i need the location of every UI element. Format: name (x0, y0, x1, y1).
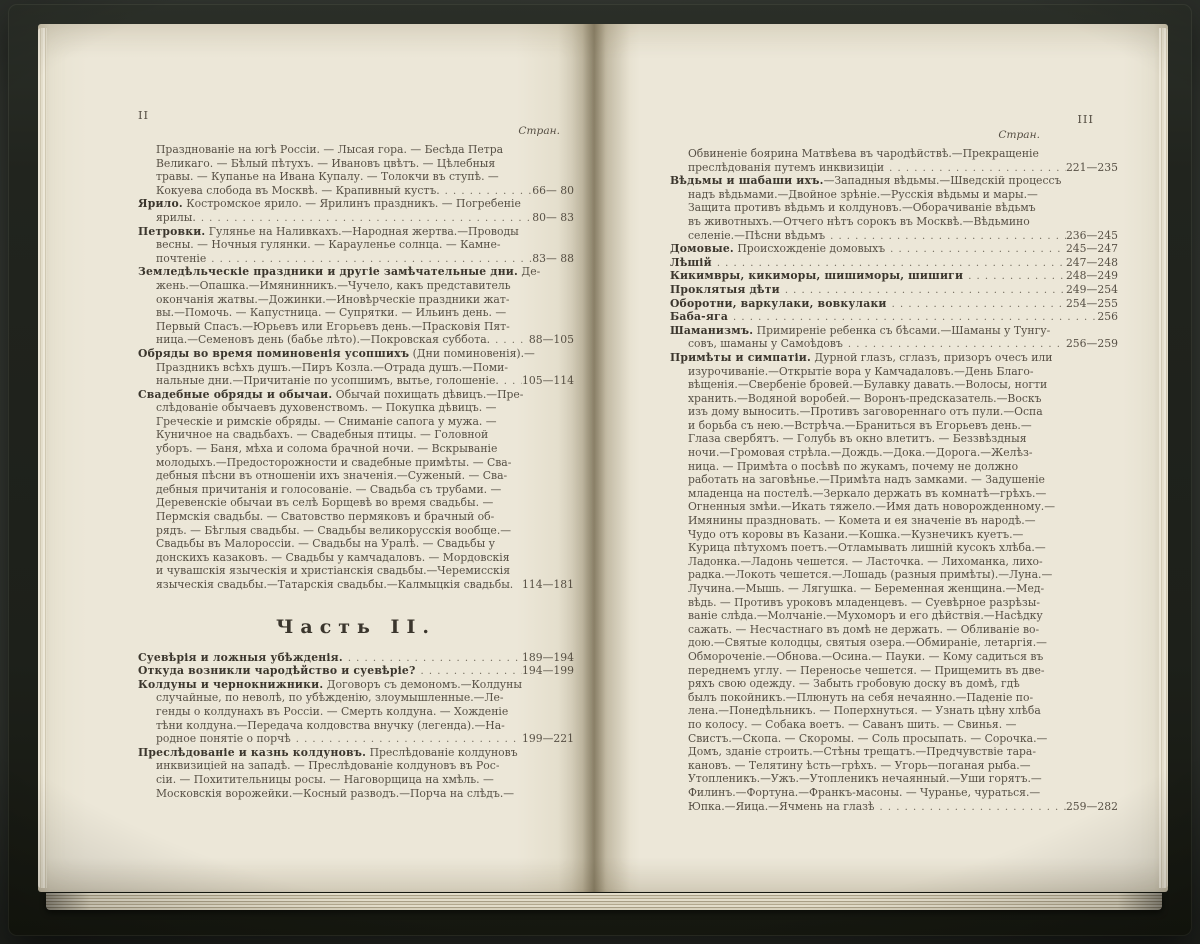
toc-line: Имянины праздновать. — Комета и ея значе… (670, 514, 1118, 528)
entry-headword: Суевѣрія и ложныя убѣжденія. (138, 651, 343, 664)
toc-line: Шаманизмъ. Примиреніе ребенка съ бѣсами.… (670, 324, 1118, 338)
entry-text: Первый Спасъ.—Юрьевъ или Егорьевъ день.—… (156, 320, 510, 334)
page-range: 245—247 (1066, 242, 1118, 256)
entry-text: Обряды во время поминовенія усопшихъ (Дн… (138, 347, 535, 361)
entry-text: переднемъ углу. — Переносье чешется. — П… (688, 664, 1045, 678)
entry-text: тѣни колдуна.—Передача колдовства внучку… (156, 719, 505, 733)
toc-line: Ладонка.—Ладонь чешется. — Ласточка. — Л… (670, 555, 1118, 569)
entry-text: Шаманизмъ. Примиреніе ребенка съ бѣсами.… (670, 324, 1050, 338)
entry-headword: Преслѣдованіе и казнь колдуновъ. (138, 746, 366, 759)
page-range: 88—105 (529, 333, 574, 347)
entry-text: вѣдь. — Противъ уроковъ младенцевъ. — Су… (688, 596, 1040, 610)
entry-text: Великаго. — Бѣлый пѣтухъ. — Ивановъ цвѣт… (156, 157, 495, 171)
toc-line: изурочиваніе.—Открытіе вора у Камчадалов… (670, 365, 1118, 379)
toc-line: дебныя причитанія и голосованіе. — Свадь… (138, 483, 574, 497)
entry-text: Праздникъ всѣхъ душъ.—Пиръ Козла.—Отрада… (156, 361, 508, 375)
entry-text: слѣдованіе обычаевъ духовенствомъ. — Пок… (156, 401, 496, 415)
entry-text: по колосу. — Собака воетъ. — Саванъ шить… (688, 718, 1016, 732)
entry-text: сіи. — Похитительницы росы. — Наговорщиц… (156, 773, 494, 787)
entry-text: жень.—Опашка.—Имянинникъ.—Чучело, какъ п… (156, 279, 511, 293)
page-range: 105—114 (522, 374, 574, 388)
toc-line: почтеніе83— 88 (138, 252, 574, 266)
entry-text: Ярило. Костромское ярило. — Ярилинъ праз… (138, 197, 521, 211)
toc-line: случайные, по неволѣ, по убѣжденію, злоу… (138, 691, 574, 705)
entry-text: изъ дому выносить.—Противъ заговореннаго… (688, 405, 1043, 419)
toc-line: ряхъ свою одежду. — Забыть гробовую доск… (670, 677, 1118, 691)
dot-leader (712, 257, 1066, 270)
toc-line: вѣщенія.—Свербеніе бровей.—Булавку дават… (670, 378, 1118, 392)
toc-line: Глаза свербятъ. — Голубь въ окно влетитъ… (670, 432, 1118, 446)
toc-line: генды о колдунахъ въ Россіи. — Смерть ко… (138, 705, 574, 719)
toc-line: Ярило. Костромское ярило. — Ярилинъ праз… (138, 197, 574, 211)
toc-line: Проклятыя дѣти249—254 (670, 283, 1118, 297)
toc-line: травы. — Купанье на Ивана Купалу. — Толо… (138, 170, 574, 184)
toc-line: Баба-яга256 (670, 310, 1118, 324)
toc-line: ница. — Примѣта о посѣвѣ по жукамъ, поче… (670, 460, 1118, 474)
toc-line: надъ вѣдьмами.—Двойное зрѣніе.—Русскія в… (670, 188, 1118, 202)
entry-text: Колдуны и чернокнижники. Договоръ съ дем… (138, 678, 522, 692)
toc-line: Колдуны и чернокнижники. Договоръ съ дем… (138, 678, 574, 692)
toc-line: Обвиненіе боярина Матвѣева въ чародѣйств… (670, 147, 1118, 161)
toc-line: рядъ. — Бѣглыя свадьбы. — Свадьбы велико… (138, 524, 574, 538)
entry-text: генды о колдунахъ въ Россіи. — Смерть ко… (156, 705, 508, 719)
left-page-lines: Празднованіе на югѣ Россіи. — Лысая гора… (138, 143, 574, 800)
entry-headword: Кикимвры, кикиморы, шишиморы, шишиги (670, 269, 963, 282)
entry-text: Лучина.—Мышь. — Лягушка. — Беременная же… (688, 582, 1044, 596)
toc-line: молодыхъ.—Предосторожности и свадебные п… (138, 456, 574, 470)
page-range: 114—181 (522, 578, 574, 592)
entry-headword: Свадебные обряды и обычаи. (138, 388, 332, 401)
entry-text: языческія свадьбы.—Татарскія свадьбы.—Ка… (156, 578, 513, 592)
toc-line: младенца на постелѣ.—Зеркало держать въ … (670, 487, 1118, 501)
entry-text: Свадьбы въ Малороссіи. — Свадьбы на Урал… (156, 537, 495, 551)
right-page-lines: Обвиненіе боярина Матвѣева въ чародѣйств… (670, 147, 1118, 813)
toc-line: Свистъ.—Скопа. — Скоромы. — Соль просыпа… (670, 732, 1118, 746)
page-range: 66— 80 (532, 184, 574, 198)
toc-line: уборъ. — Баня, мѣха и солома брачной ноч… (138, 442, 574, 456)
page-range: 83— 88 (532, 252, 574, 266)
toc-line: Утопленикъ.—Ужъ.—Утопленикъ нечаянный.—У… (670, 772, 1118, 786)
toc-line: и борьба съ нею.—Встрѣча.—Браниться въ Е… (670, 419, 1118, 433)
toc-line: Деревенскіе обычаи въ селѣ Борщевѣ во вр… (138, 496, 574, 510)
toc-line: Суевѣрія и ложныя убѣжденія.189—194 (138, 651, 574, 665)
left-page-number: II (138, 108, 149, 122)
entry-text: Пермскія свадьбы. — Сватовство пермяковъ… (156, 510, 494, 524)
entry-text: Домъ, зданіе строить.—Стѣны трещатъ.—Пре… (688, 745, 1036, 759)
dot-leader (884, 162, 1066, 175)
toc-line: Великаго. — Бѣлый пѣтухъ. — Ивановъ цвѣт… (138, 157, 574, 171)
toc-line: и чувашскія языческія и христіанскія сва… (138, 564, 574, 578)
entry-text: родное понятіе о порчѣ (156, 732, 291, 746)
entry-headword: Проклятыя дѣти (670, 283, 780, 296)
page-range: 189—194 (522, 651, 574, 665)
toc-line: переднемъ углу. — Переносье чешется. — П… (670, 664, 1118, 678)
entry-text: почтеніе (156, 252, 206, 266)
dot-leader (875, 801, 1066, 814)
entry-text: ница.—Семеновъ день (бабье лѣто).—Покров… (156, 333, 490, 347)
toc-line: по колосу. — Собака воетъ. — Саванъ шить… (670, 718, 1118, 732)
entry-text: Вѣдьмы и шабаши ихъ.—Западныя вѣдьмы.—Шв… (670, 174, 1061, 188)
toc-line: сіи. — Похитительницы росы. — Наговорщиц… (138, 773, 574, 787)
entry-text: лена.—Понедѣльникъ. — Поперхнуться. — Уз… (688, 704, 1041, 718)
toc-line: донскихъ казаковъ. — Свадьбы у камчадало… (138, 551, 574, 565)
entry-text: Юпка.—Яица.—Ячмень на глазѣ (688, 800, 875, 814)
entry-text: уборъ. — Баня, мѣха и солома брачной ноч… (156, 442, 497, 456)
entry-text: вы.—Помочь. — Капустница. — Супрятки. — … (156, 306, 506, 320)
entry-text: Петровки. Гулянье на Наливкахъ.—Народная… (138, 225, 519, 239)
toc-line: жень.—Опашка.—Имянинникъ.—Чучело, какъ п… (138, 279, 574, 293)
dot-leader (490, 334, 529, 347)
page-range: 199—221 (522, 732, 574, 746)
entry-headword: Шаманизмъ. (670, 324, 753, 337)
entry-text: нальные дни.—Причитаніе по усопшимъ, выт… (156, 374, 499, 388)
entry-text: Курица пѣтухомъ поетъ.—Отламывать лишній… (688, 541, 1046, 555)
dot-leader (206, 253, 532, 266)
toc-line: Празднованіе на югѣ Россіи. — Лысая гора… (138, 143, 574, 157)
page-range: 248—249 (1066, 269, 1118, 283)
entry-text: Откуда возникли чародѣйство и суевѣріе? (138, 664, 415, 678)
entry-text: Земледѣльческіе праздники и другіе замѣч… (138, 265, 540, 279)
toc-line: Кокуева слобода въ Москвѣ. — Крапивный к… (138, 184, 574, 198)
toc-line: весны. — Ночныя гулянки. — Карауленье со… (138, 238, 574, 252)
entry-headword: Ярило. (138, 197, 183, 210)
entry-text: донскихъ казаковъ. — Свадьбы у камчадало… (156, 551, 510, 565)
entry-headword: Лѣшій (670, 256, 712, 269)
entry-text: хранить.—Водяной воробей.— Воронъ-предск… (688, 392, 1042, 406)
toc-line: Московскія ворожейки.—Косный разводъ.—По… (138, 787, 574, 801)
dot-leader (728, 311, 1097, 324)
part-heading: Часть II. (138, 616, 574, 638)
entry-text: весны. — Ночныя гулянки. — Карауленье со… (156, 238, 501, 252)
entry-text: ряхъ свою одежду. — Забыть гробовую доск… (688, 677, 1020, 691)
entry-text: Свистъ.—Скопа. — Скоромы. — Соль просыпа… (688, 732, 1047, 746)
dot-leader (885, 243, 1066, 256)
toc-line: Петровки. Гулянье на Наливкахъ.—Народная… (138, 225, 574, 239)
toc-line: вѣдь. — Противъ уроковъ младенцевъ. — Су… (670, 596, 1118, 610)
toc-line: хранить.—Водяной воробей.— Воронъ-предск… (670, 392, 1118, 406)
entry-headword: Откуда возникли чародѣйство и суевѣріе? (138, 664, 415, 677)
toc-line: слѣдованіе обычаевъ духовенствомъ. — Пок… (138, 401, 574, 415)
entry-headword: Оборотни, варкулаки, вовкулаки (670, 297, 887, 310)
photo-backdrop: II Стран. Празднованіе на югѣ Россіи. — … (0, 0, 1200, 944)
entry-text: вѣщенія.—Свербеніе бровей.—Булавку дават… (688, 378, 1047, 392)
entry-headword: Петровки. (138, 225, 205, 238)
entry-headword: Обряды во время поминовенія усопшихъ (138, 347, 409, 360)
toc-line: былъ покойникъ.—Плюнуть на себя нечаянно… (670, 691, 1118, 705)
toc-line: Огненныя змѣи.—Икать тяжело.—Имя дать но… (670, 500, 1118, 514)
toc-line: вы.—Помочь. — Капустница. — Супрятки. — … (138, 306, 574, 320)
entry-text: молодыхъ.—Предосторожности и свадебные п… (156, 456, 511, 470)
entry-headword: Примѣты и симпатіи. (670, 351, 811, 364)
dot-leader (415, 665, 522, 678)
page-range: 256 (1097, 310, 1118, 324)
toc-line: Преслѣдованіе и казнь колдуновъ. Преслѣд… (138, 746, 574, 760)
page-range: 247—248 (1066, 256, 1118, 270)
toc-line: окончанія жатвы.—Дожинки.—Иновѣрческіе п… (138, 293, 574, 307)
entry-text: Деревенскіе обычаи въ селѣ Борщевѣ во вр… (156, 496, 493, 510)
entry-text: Празднованіе на югѣ Россіи. — Лысая гора… (156, 143, 503, 157)
toc-line: преслѣдованія путемъ инквизиціи221—235 (670, 161, 1118, 175)
entry-text: радка.—Локоть чешется.—Лошадь (разныя пр… (688, 568, 1052, 582)
toc-line: Куничное на свадьбахъ. — Свадебныя птицы… (138, 428, 574, 442)
entry-text: и борьба съ нею.—Встрѣча.—Браниться въ Е… (688, 419, 1032, 433)
toc-line: Пермскія свадьбы. — Сватовство пермяковъ… (138, 510, 574, 524)
dot-leader (887, 298, 1066, 311)
entry-text: Оборотни, варкулаки, вовкулаки (670, 297, 887, 311)
entry-text: кановъ. — Телятину ѣсть—грѣхъ. — Угорь—п… (688, 759, 1031, 773)
dot-leader (196, 212, 532, 225)
entry-text: Ладонка.—Ладонь чешется. — Ласточка. — Л… (688, 555, 1043, 569)
toc-line: селеніе.—Пѣсни вѣдьмъ236—245 (670, 229, 1118, 243)
page-range: 259—282 (1066, 800, 1118, 814)
entry-text: работать на заговѣнье.—Примѣта надъ замк… (688, 473, 1045, 487)
entry-text: Домовые. Происхожденіе домовыхъ (670, 242, 885, 256)
dot-leader (440, 185, 533, 198)
toc-line: Обмороченіе.—Обнова.—Осина.— Пауки. — Ко… (670, 650, 1118, 664)
entry-text: Свадебные обряды и обычаи. Обычай похища… (138, 388, 523, 402)
toc-line: Греческіе и римскіе обряды. — Сниманіе с… (138, 415, 574, 429)
toc-line: Лѣшій247—248 (670, 256, 1118, 270)
entry-headword: Земледѣльческіе праздники и другіе замѣч… (138, 265, 518, 278)
dot-leader (291, 733, 522, 746)
entry-text: и чувашскія языческія и христіанскія сва… (156, 564, 510, 578)
right-pages-column-header: Стран. (670, 129, 1118, 144)
toc-line: Праздникъ всѣхъ душъ.—Пиръ Козла.—Отрада… (138, 361, 574, 375)
page-range: 194—199 (522, 664, 574, 678)
left-pages-column-header: Стран. (138, 125, 574, 140)
book: II Стран. Празднованіе на югѣ Россіи. — … (8, 4, 1192, 936)
toc-line: Примѣты и симпатіи. Дурной глазъ, сглазъ… (670, 351, 1118, 365)
entry-text: Баба-яга (670, 310, 728, 324)
entry-text: Имянины праздновать. — Комета и ея значе… (688, 514, 1036, 528)
entry-text: Чудо отъ коровы въ Казани.—Кошка.—Кузнеч… (688, 528, 1023, 542)
toc-line: радка.—Локоть чешется.—Лошадь (разныя пр… (670, 568, 1118, 582)
entry-text: Обмороченіе.—Обнова.—Осина.— Пауки. — Ко… (688, 650, 1043, 664)
entry-text: рядъ. — Бѣглыя свадьбы. — Свадьбы велико… (156, 524, 511, 538)
toc-line: Свадебные обряды и обычаи. Обычай похища… (138, 388, 574, 402)
entry-text: сажать. — Несчастнаго въ домѣ не держать… (688, 623, 1039, 637)
toc-line: Обряды во время поминовенія усопшихъ (Дн… (138, 347, 574, 361)
toc-line: Оборотни, варкулаки, вовкулаки254—255 (670, 297, 1118, 311)
entry-text: Огненныя змѣи.—Икать тяжело.—Имя дать но… (688, 500, 1055, 514)
entry-text: Преслѣдованіе и казнь колдуновъ. Преслѣд… (138, 746, 518, 760)
entry-text: Утопленикъ.—Ужъ.—Утопленикъ нечаянный.—У… (688, 772, 1042, 786)
entry-text: окончанія жатвы.—Дожинки.—Иновѣрческіе п… (156, 293, 509, 307)
toc-line: нальные дни.—Причитаніе по усопшимъ, выт… (138, 374, 574, 388)
entry-text: дебныя пѣсни въ отношеніи ихъ значенія.—… (156, 469, 507, 483)
dot-leader (780, 284, 1066, 297)
toc-line: Юпка.—Яица.—Ячмень на глазѣ259—282 (670, 800, 1118, 814)
toc-line: Домъ, зданіе строить.—Стѣны трещатъ.—Пре… (670, 745, 1118, 759)
entry-text: ница. — Примѣта о посѣвѣ по жукамъ, поче… (688, 460, 1018, 474)
page-range: 236—245 (1066, 229, 1118, 243)
toc-line: языческія свадьбы.—Татарскія свадьбы.—Ка… (138, 578, 574, 592)
entry-text: ночи.—Громовая стрѣла.—Дождь.—Дока.—Доро… (688, 446, 1033, 460)
entry-text: дебныя причитанія и голосованіе. — Свадь… (156, 483, 501, 497)
toc-line: дою.—Святые колодцы, святыя озера.—Обмир… (670, 636, 1118, 650)
entry-text: ярилы. (156, 211, 196, 225)
entry-text: случайные, по неволѣ, по убѣжденію, злоу… (156, 691, 504, 705)
entry-headword: Колдуны и чернокнижники. (138, 678, 323, 691)
entry-text: Защита противъ вѣдьмъ и колдуновъ.—Обора… (688, 201, 1036, 215)
toc-line: дебныя пѣсни въ отношеніи ихъ значенія.—… (138, 469, 574, 483)
page-edge-stack (46, 893, 1162, 910)
entry-text: былъ покойникъ.—Плюнуть на себя нечаянно… (688, 691, 1033, 705)
page-range: 80— 83 (532, 211, 574, 225)
toc-line: тѣни колдуна.—Передача колдовства внучку… (138, 719, 574, 733)
entry-text: Кокуева слобода въ Москвѣ. — Крапивный к… (156, 184, 440, 198)
entry-text: младенца на постелѣ.—Зеркало держать въ … (688, 487, 1046, 501)
toc-line: Земледѣльческіе праздники и другіе замѣч… (138, 265, 574, 279)
entry-text: травы. — Купанье на Ивана Купалу. — Толо… (156, 170, 499, 184)
entry-text: селеніе.—Пѣсни вѣдьмъ (688, 229, 825, 243)
entry-headword: Вѣдьмы и шабаши ихъ. (670, 174, 824, 187)
toc-line: Курица пѣтухомъ поетъ.—Отламывать лишній… (670, 541, 1118, 555)
entry-headword: Баба-яга (670, 310, 728, 323)
toc-line: лена.—Понедѣльникъ. — Поперхнуться. — Уз… (670, 704, 1118, 718)
toc-line: кановъ. — Телятину ѣсть—грѣхъ. — Угорь—п… (670, 759, 1118, 773)
toc-line: Защита противъ вѣдьмъ и колдуновъ.—Обора… (670, 201, 1118, 215)
toc-line: ница.—Семеновъ день (бабье лѣто).—Покров… (138, 333, 574, 347)
toc-line: Откуда возникли чародѣйство и суевѣріе?1… (138, 664, 574, 678)
entry-text: Примѣты и симпатіи. Дурной глазъ, сглазъ… (670, 351, 1053, 365)
entry-text: Лѣшій (670, 256, 712, 270)
right-page-number: III (1077, 112, 1094, 126)
toc-line: Кикимвры, кикиморы, шишиморы, шишиги248—… (670, 269, 1118, 283)
toc-line: Вѣдьмы и шабаши ихъ.—Западныя вѣдьмы.—Шв… (670, 174, 1118, 188)
toc-line: Свадьбы въ Малороссіи. — Свадьбы на Урал… (138, 537, 574, 551)
dot-leader (499, 375, 522, 388)
entry-text: Кикимвры, кикиморы, шишиморы, шишиги (670, 269, 963, 283)
toc-line: работать на заговѣнье.—Примѣта надъ замк… (670, 473, 1118, 487)
toc-line: совъ, шаманы у Самоѣдовъ256—259 (670, 337, 1118, 351)
page-range: 249—254 (1066, 283, 1118, 297)
entry-text: преслѣдованія путемъ инквизиціи (688, 161, 884, 175)
entry-headword: Домовые. (670, 242, 734, 255)
entry-text: ваніе слѣда.—Молчаніе.—Мухоморъ и его дѣ… (688, 609, 1043, 623)
dot-leader (963, 270, 1066, 283)
dot-leader (343, 652, 522, 665)
entry-text: инквизиціей на западѣ. — Преслѣдованіе к… (156, 759, 499, 773)
toc-line: сажать. — Несчастнаго въ домѣ не держать… (670, 623, 1118, 637)
entry-text: дою.—Святые колодцы, святыя озера.—Обмир… (688, 636, 1047, 650)
entry-text: Обвиненіе боярина Матвѣева въ чародѣйств… (688, 147, 1039, 161)
dot-leader (825, 230, 1066, 243)
page-range: 254—255 (1066, 297, 1118, 311)
toc-line: Чудо отъ коровы въ Казани.—Кошка.—Кузнеч… (670, 528, 1118, 542)
page-range: 221—235 (1066, 161, 1118, 175)
toc-line: ярилы.80— 83 (138, 211, 574, 225)
toc-line: Филинъ.—Фортуна.—Франкъ-масоны. — Чурань… (670, 786, 1118, 800)
entry-text: Греческіе и римскіе обряды. — Сниманіе с… (156, 415, 497, 429)
toc-line: ночи.—Громовая стрѣла.—Дождь.—Дока.—Доро… (670, 446, 1118, 460)
entry-text: въ животныхъ.—Отчего нѣтъ сорокъ въ Моск… (688, 215, 1030, 229)
toc-line: Первый Спасъ.—Юрьевъ или Егорьевъ день.—… (138, 320, 574, 334)
entry-text: Проклятыя дѣти (670, 283, 780, 297)
toc-line: ваніе слѣда.—Молчаніе.—Мухоморъ и его дѣ… (670, 609, 1118, 623)
toc-line: родное понятіе о порчѣ199—221 (138, 732, 574, 746)
dot-leader (843, 338, 1066, 351)
entry-text: Московскія ворожейки.—Косный разводъ.—По… (156, 787, 514, 801)
entry-text: Суевѣрія и ложныя убѣжденія. (138, 651, 343, 665)
left-page: II Стран. Празднованіе на югѣ Россіи. — … (38, 24, 594, 892)
page-range: 256—259 (1066, 337, 1118, 351)
toc-line: инквизиціей на западѣ. — Преслѣдованіе к… (138, 759, 574, 773)
entry-text: совъ, шаманы у Самоѣдовъ (688, 337, 843, 351)
toc-line: Лучина.—Мышь. — Лягушка. — Беременная же… (670, 582, 1118, 596)
entry-text: Глаза свербятъ. — Голубь въ окно влетитъ… (688, 432, 1027, 446)
entry-text: Филинъ.—Фортуна.—Франкъ-масоны. — Чурань… (688, 786, 1040, 800)
right-page: III Стран. Обвиненіе боярина Матвѣева въ… (594, 24, 1168, 892)
entry-text: Куничное на свадьбахъ. — Свадебныя птицы… (156, 428, 488, 442)
toc-line: изъ дому выносить.—Противъ заговореннаго… (670, 405, 1118, 419)
entry-text: изурочиваніе.—Открытіе вора у Камчадалов… (688, 365, 1034, 379)
entry-text: надъ вѣдьмами.—Двойное зрѣніе.—Русскія в… (688, 188, 1038, 202)
toc-line: Домовые. Происхожденіе домовыхъ245—247 (670, 242, 1118, 256)
toc-line: въ животныхъ.—Отчего нѣтъ сорокъ въ Моск… (670, 215, 1118, 229)
page-spread: II Стран. Празднованіе на югѣ Россіи. — … (38, 24, 1168, 892)
